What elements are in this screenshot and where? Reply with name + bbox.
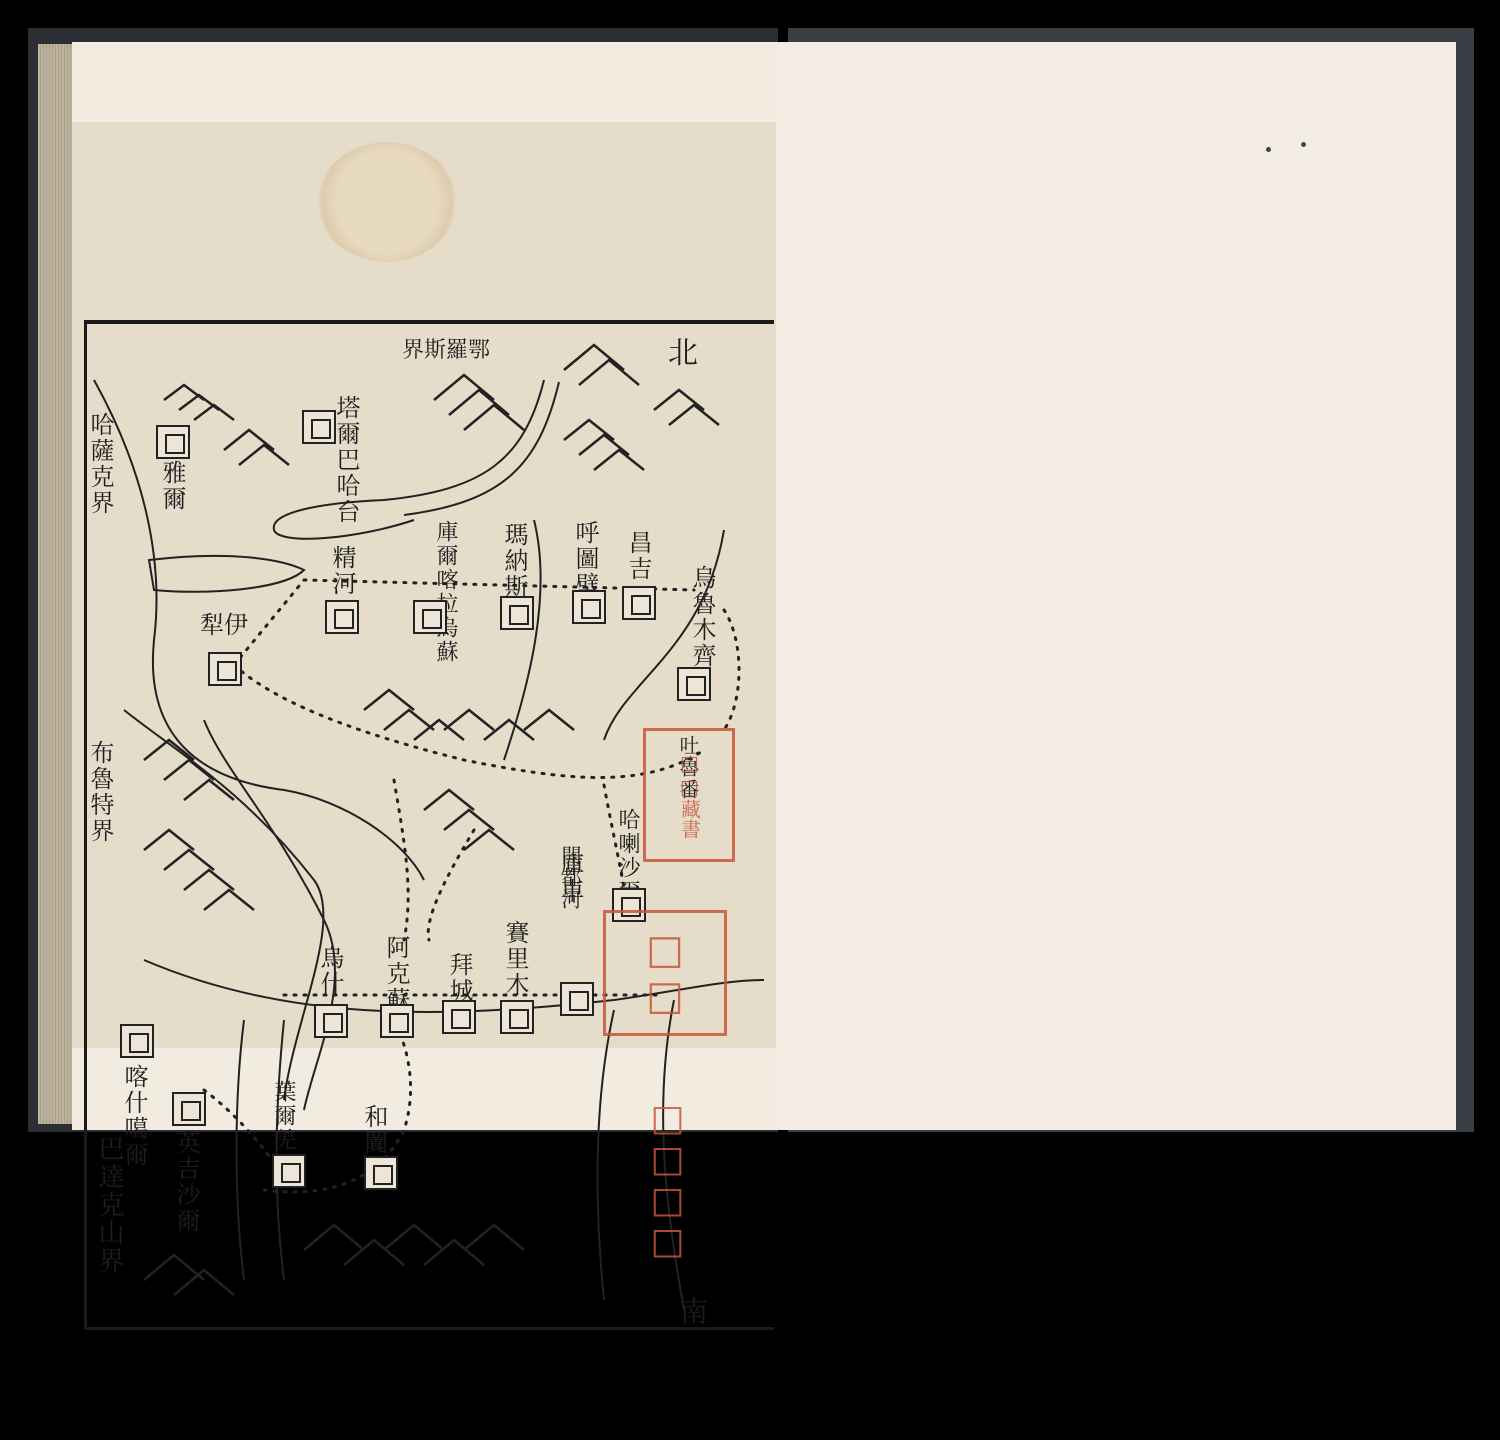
city-marker — [302, 410, 336, 444]
ink-speck — [1301, 142, 1306, 147]
city-marker — [380, 1004, 414, 1038]
right-page-blank — [776, 42, 1456, 1130]
page-edges — [38, 44, 72, 1124]
city-marker — [622, 586, 656, 620]
compass-south: 南 — [680, 1290, 708, 1330]
border-label-kazakh: 哈薩克界 — [88, 412, 112, 516]
city-label-uqturpan: 烏什 — [318, 945, 342, 997]
city-label-manas: 瑪納斯 — [502, 522, 526, 600]
city-marker — [413, 600, 447, 634]
city-label-jinghe: 精河 — [330, 545, 354, 597]
city-marker — [172, 1092, 206, 1126]
city-label-yengisar: 英吉沙爾 — [174, 1130, 198, 1234]
city-marker — [272, 1154, 306, 1188]
city-label-changji: 昌吉 — [626, 530, 650, 582]
city-marker — [120, 1024, 154, 1058]
city-marker — [677, 667, 711, 701]
border-label-badakhshan: 巴達克山界 — [96, 1135, 122, 1275]
river-label-kaidu: 開都河 — [560, 845, 580, 911]
water-stain — [317, 142, 457, 262]
compass-north: 北 — [668, 328, 698, 372]
city-marker — [156, 425, 190, 459]
city-label-hutubi: 呼圖壁 — [573, 520, 597, 598]
city-label-khotan: 和闐 — [362, 1104, 386, 1156]
city-label-urumqi: 烏魯木齊 — [690, 565, 714, 669]
city-label-yar: 雅爾 — [160, 460, 184, 512]
city-marker — [500, 596, 534, 630]
city-marker — [208, 652, 242, 686]
city-marker — [325, 600, 359, 634]
city-label-aksu: 阿克蘇 — [384, 935, 408, 1013]
city-marker — [572, 590, 606, 624]
ink-speck — [1266, 147, 1271, 152]
border-label-burut: 布魯特界 — [88, 740, 112, 844]
city-label-sayram: 賽里木 — [503, 920, 527, 998]
city-marker — [500, 1000, 534, 1034]
border-label-russia: 鄂羅斯界 — [402, 333, 490, 364]
collector-seal-middle: □□ — [603, 910, 727, 1036]
city-marker — [314, 1004, 348, 1038]
city-label-yarkand: 葉爾羌 — [272, 1080, 294, 1152]
city-label-kur-kara-usu: 庫爾喀拉烏蘇 — [400, 520, 456, 664]
city-marker — [560, 982, 594, 1016]
city-label-ili: 伊犁 — [200, 605, 248, 640]
city-label-bai: 拜城 — [447, 952, 471, 1004]
city-marker — [364, 1156, 398, 1190]
city-marker — [442, 1000, 476, 1034]
city-label-kashgar: 喀什噶爾 — [122, 1064, 146, 1168]
city-label-tarbagatai: 塔爾巴哈台 — [334, 395, 358, 525]
collector-seal-top: □□藏書 — [643, 728, 735, 862]
collector-seal-bottom: □□□□ — [594, 1110, 740, 1250]
